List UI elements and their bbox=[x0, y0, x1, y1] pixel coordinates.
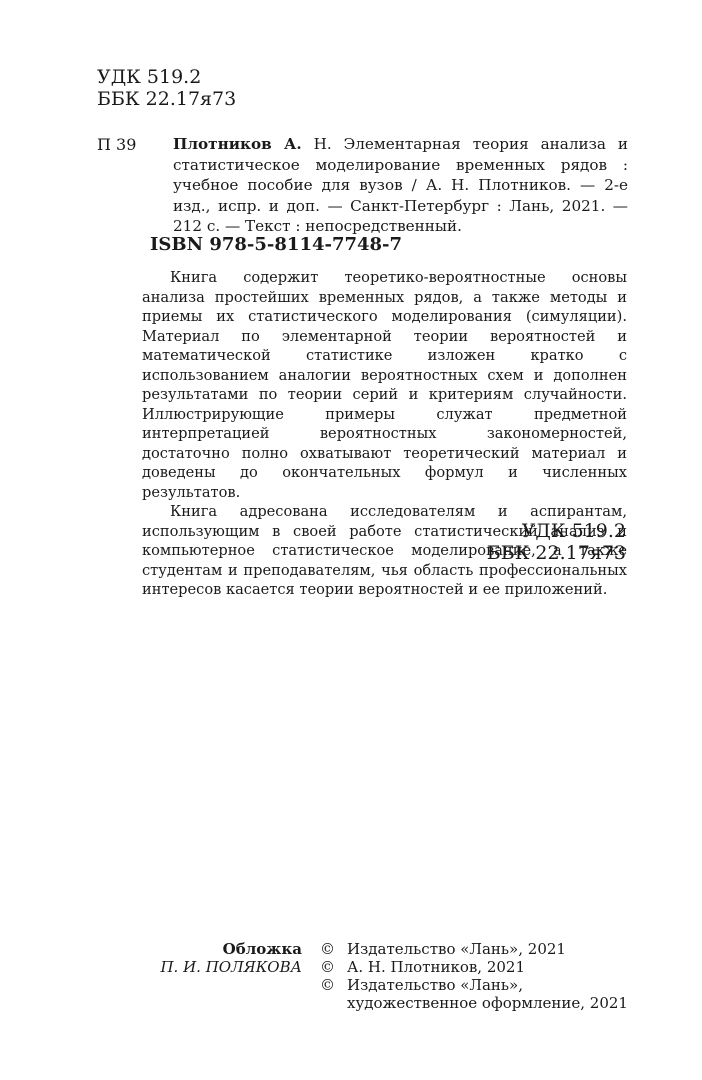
copyright-block: © Издательство «Лань», 2021 © А. Н. Плот… bbox=[320, 940, 628, 1012]
udk-code: УДК 519.2 bbox=[97, 66, 236, 88]
copyright-icon: © bbox=[320, 976, 347, 994]
bbk-code: ББК 22.17я73 bbox=[97, 88, 236, 110]
author-name: Плотников А. bbox=[173, 135, 302, 153]
cover-label: Обложка bbox=[150, 940, 302, 958]
copyright-line-continuation: художественное оформление, 2021 bbox=[320, 994, 628, 1012]
copyright-line: © А. Н. Плотников, 2021 bbox=[320, 958, 628, 976]
abstract-paragraph: Книга содержит теоретико-вероятностные о… bbox=[142, 268, 627, 502]
isbn: ISBN 978-5-8114-7748-7 bbox=[150, 234, 402, 256]
bbk-code: ББК 22.17я73 bbox=[380, 542, 626, 564]
classification-codes-top: УДК 519.2 ББК 22.17я73 bbox=[97, 66, 236, 110]
cover-designer: П. И. ПОЛЯКОВА bbox=[150, 958, 302, 976]
copyright-line: © Издательство «Лань», bbox=[320, 976, 628, 994]
udk-code: УДК 519.2 bbox=[380, 520, 626, 542]
call-number: П 39 bbox=[97, 134, 136, 155]
copyright-icon: © bbox=[320, 940, 347, 958]
copyright-line: © Издательство «Лань», 2021 bbox=[320, 940, 628, 958]
cover-credit: Обложка П. И. ПОЛЯКОВА bbox=[150, 940, 302, 976]
classification-codes-bottom: УДК 519.2 ББК 22.17я73 bbox=[380, 520, 626, 564]
bibliographic-entry: Плотников А. Н. Элементарная теория анал… bbox=[173, 134, 628, 237]
copyright-icon: © bbox=[320, 958, 347, 976]
